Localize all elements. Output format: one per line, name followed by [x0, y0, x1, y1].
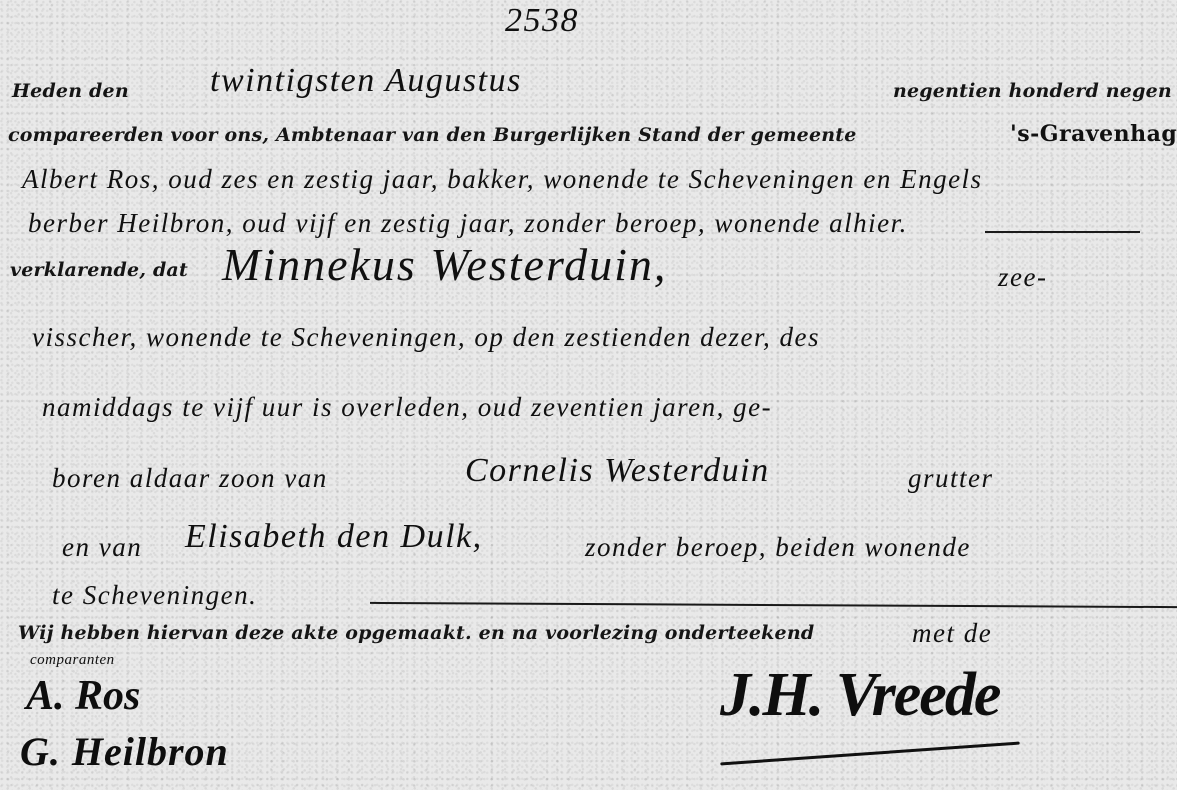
- fill-line-2: [370, 602, 1177, 608]
- signature-official: J.H. Vreede: [720, 660, 999, 731]
- handwritten-deceased-name: Minnekus Westerduin,: [222, 238, 667, 291]
- handwritten-mother-occupation: zonder beroep, beiden wonende: [585, 532, 971, 563]
- handwritten-date-day-month: twintigsten Augustus: [210, 62, 522, 100]
- fill-line-1: [985, 231, 1140, 233]
- signature-comparant-1: A. Ros: [26, 672, 140, 720]
- handwritten-occupation-start: zee-: [998, 262, 1047, 293]
- signature-official-flourish: [720, 742, 1019, 766]
- handwritten-comparanten: comparanten: [30, 652, 115, 669]
- record-number: 2538: [505, 2, 579, 40]
- printed-verklarende-dat: verklarende, dat: [10, 259, 188, 281]
- printed-heden-den: Heden den: [12, 80, 129, 102]
- handwritten-witness-1: Albert Ros, oud zes en zestig jaar, bakk…: [22, 164, 983, 195]
- handwritten-and-of: en van: [62, 532, 142, 563]
- handwritten-witness-2: berber Heilbron, oud vijf en zestig jaar…: [28, 208, 908, 239]
- civil-record-document: 2538 Heden den twintigsten Augustus nege…: [0, 0, 1177, 790]
- printed-year-start: negentien honderd negen: [893, 80, 1172, 102]
- handwritten-born-son-of: boren aldaar zoon van: [52, 463, 328, 494]
- printed-municipality: 's-Gravenhage: [1010, 121, 1177, 147]
- printed-closing-statement: Wij hebben hiervan deze akte opgemaakt. …: [18, 622, 814, 644]
- handwritten-mother-name: Elisabeth den Dulk,: [185, 518, 483, 556]
- handwritten-time-age: namiddags te vijf uur is overleden, oud …: [42, 392, 772, 423]
- handwritten-place: te Scheveningen.: [52, 580, 257, 611]
- handwritten-father-occupation: grutter: [908, 463, 994, 494]
- handwritten-residence-date: visscher, wonende te Scheveningen, op de…: [32, 322, 820, 353]
- printed-compareerden: compareerden voor ons, Ambtenaar van den…: [8, 124, 857, 146]
- handwritten-met-de: met de: [912, 618, 992, 649]
- signature-comparant-2: G. Heilbron: [20, 728, 229, 775]
- handwritten-father-name: Cornelis Westerduin: [465, 452, 770, 490]
